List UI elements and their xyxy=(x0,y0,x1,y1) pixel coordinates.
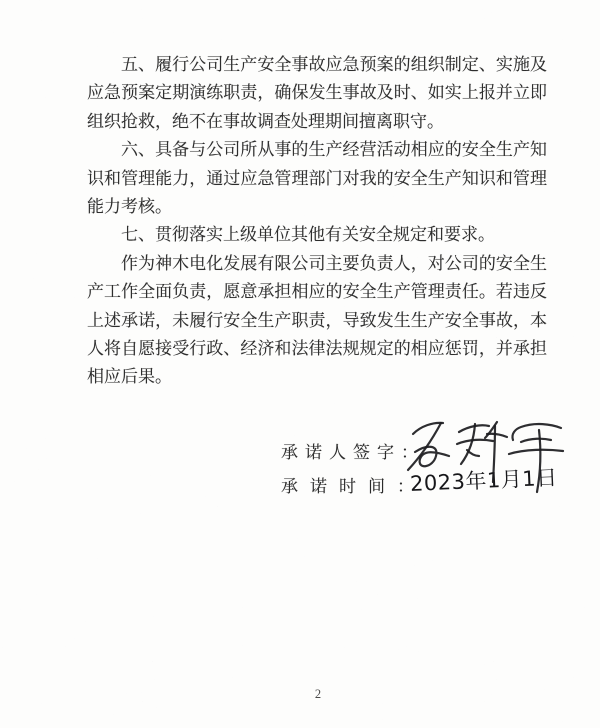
paragraph-item-7: 七、贯彻落实上级单位其他有关安全规定和要求。 xyxy=(87,221,547,249)
paragraph-item-6: 六、具备与公司所从事的生产经营活动相应的安全生产知识和管理能力，通过应急管理部门… xyxy=(87,136,547,221)
paragraph-item-5: 五、履行公司生产安全事故应急预案的组织制定、实施及应急预案定期演练职责，确保发生… xyxy=(87,51,547,136)
document-body: 五、履行公司生产安全事故应急预案的组织制定、实施及应急预案定期演练职责，确保发生… xyxy=(87,51,547,392)
paragraph-closing: 作为神木电化发展有限公司主要负责人，对公司的安全生产工作全面负责，愿意承担相应的… xyxy=(87,250,547,392)
handwritten-signature xyxy=(403,410,571,498)
scanned-document-page: 五、履行公司生产安全事故应急预案的组织制定、实施及应急预案定期演练职责，确保发生… xyxy=(0,0,600,728)
page-number: 2 xyxy=(308,687,328,702)
